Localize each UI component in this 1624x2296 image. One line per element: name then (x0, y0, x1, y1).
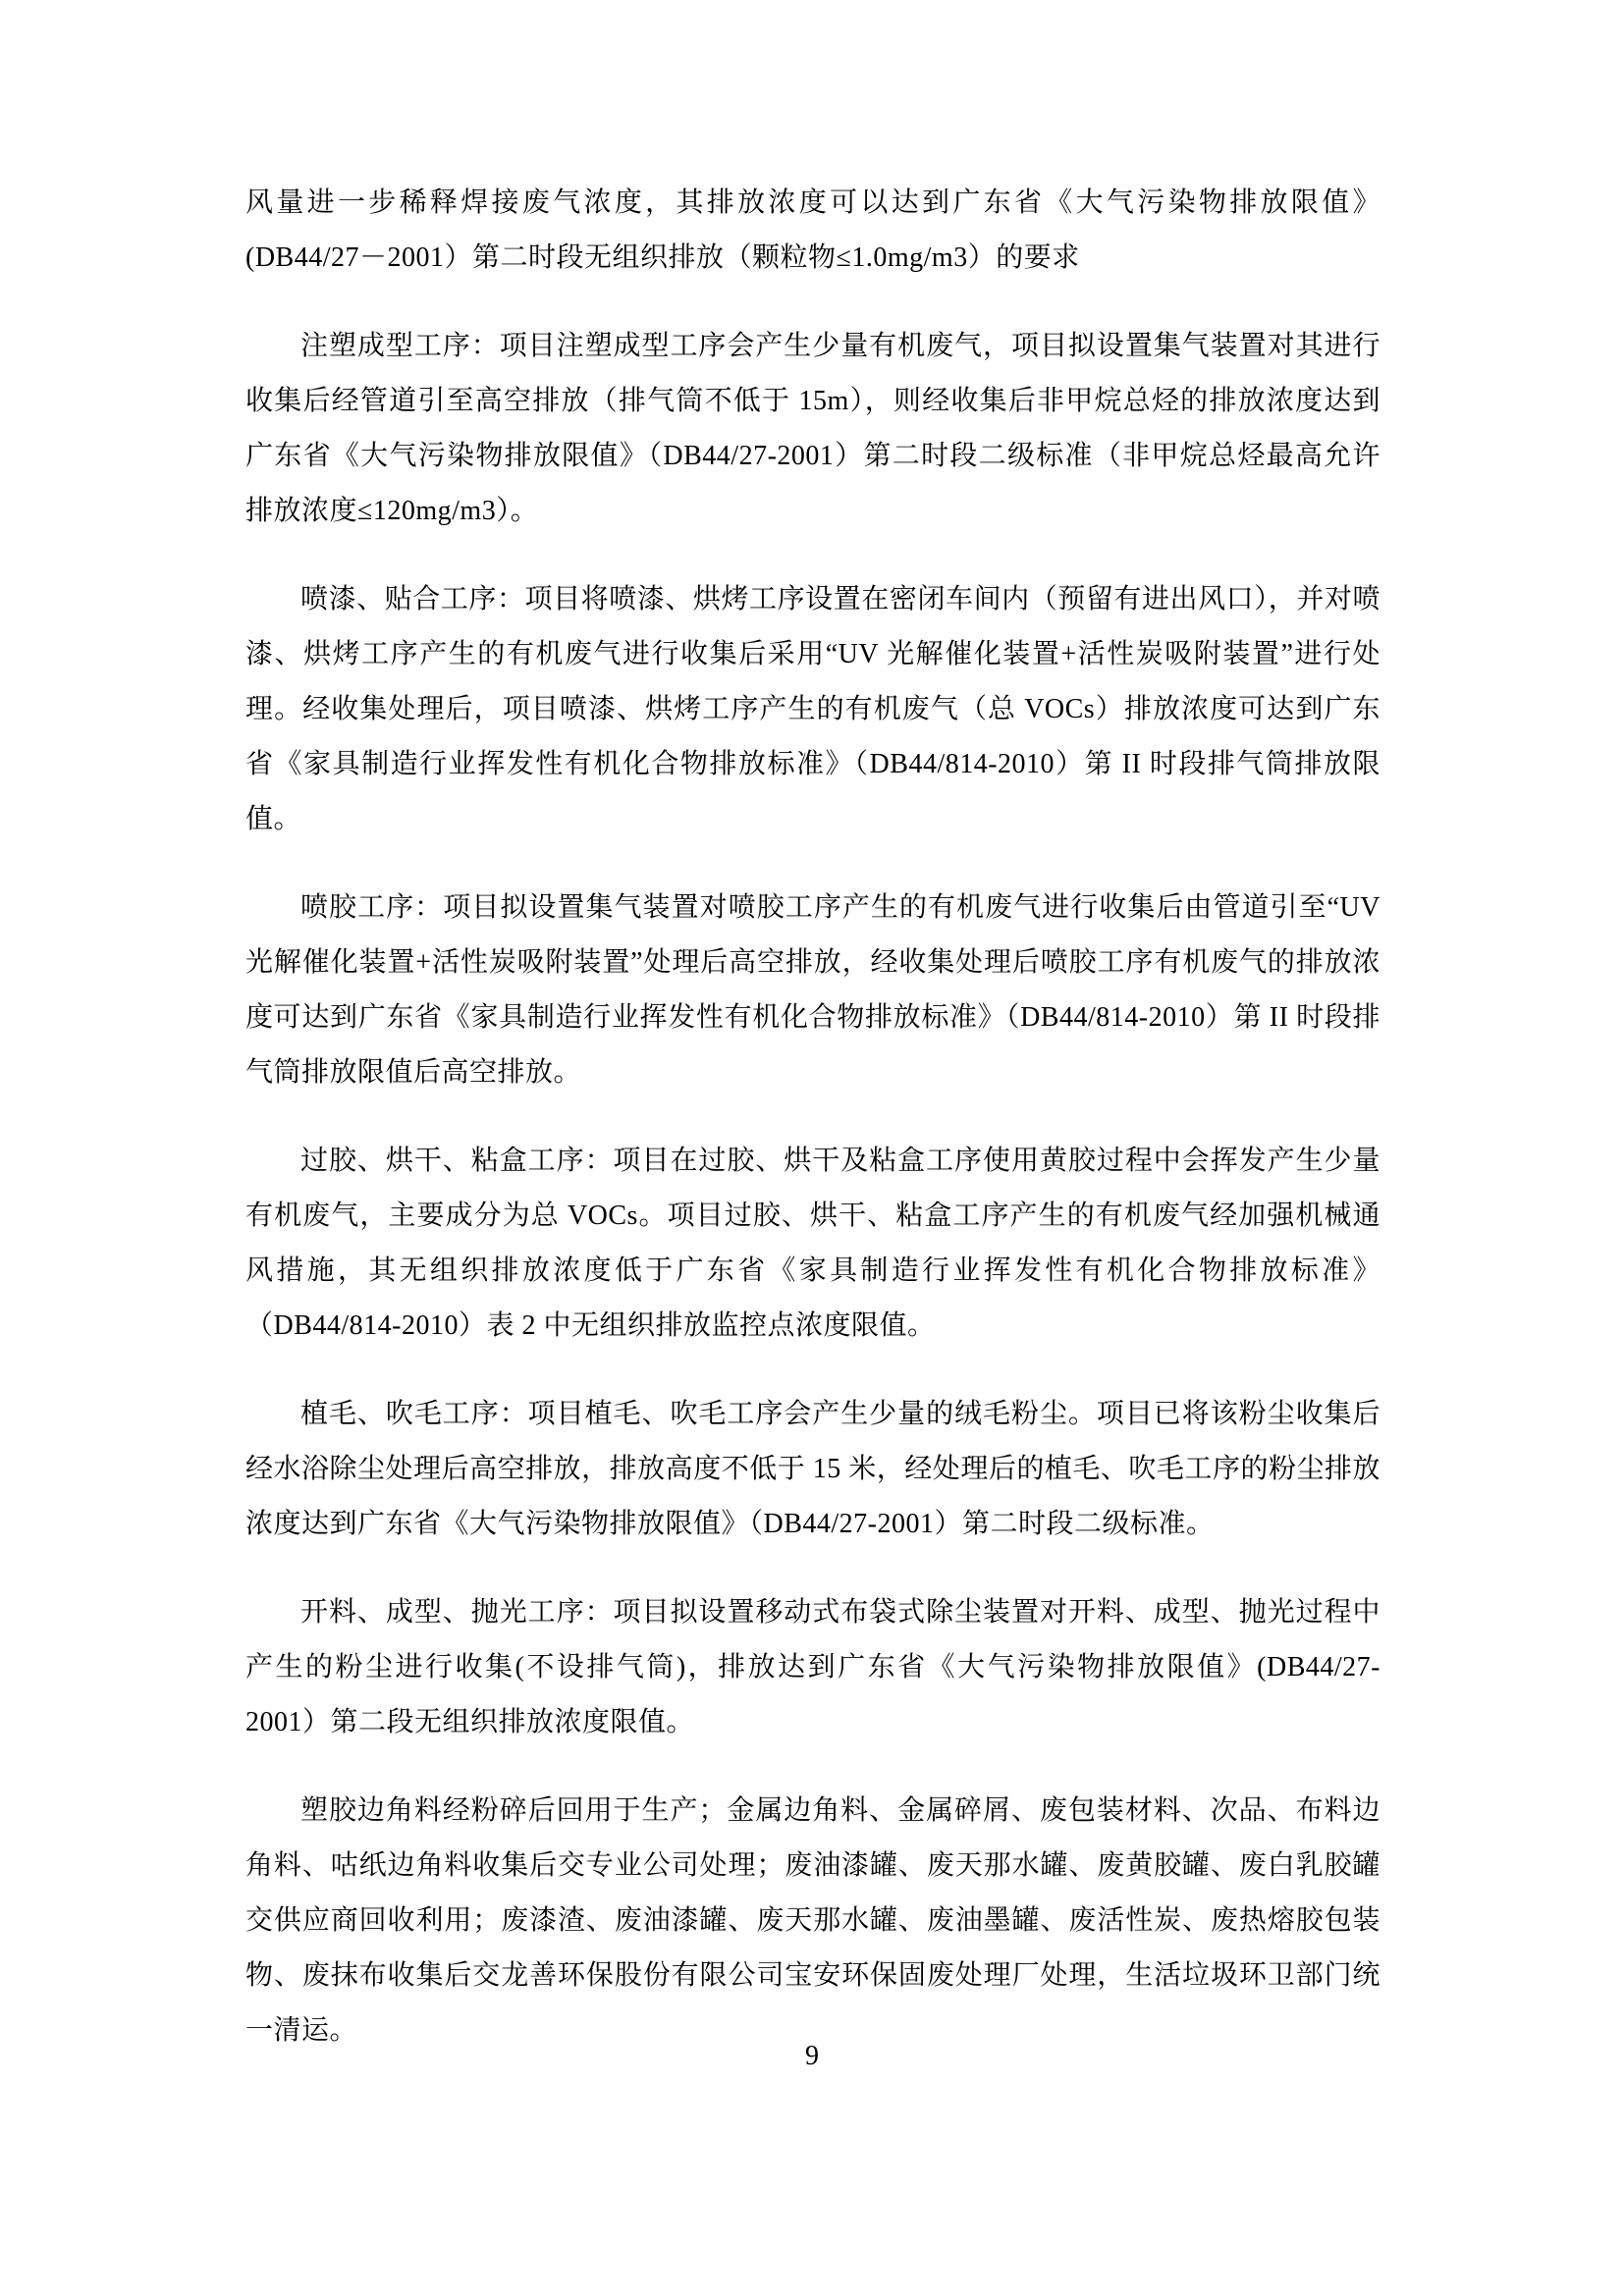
paragraph-8: 塑胶边角料经粉碎后回用于生产；金属边角料、金属碎屑、废包装材料、次品、布料边角料… (245, 1784, 1380, 2058)
paragraph-6: 植毛、吹毛工序：项目植毛、吹毛工序会产生少量的绒毛粉尘。项目已将该粉尘收集后经水… (245, 1387, 1380, 1552)
paragraph-4: 喷胶工序：项目拟设置集气装置对喷胶工序产生的有机废气进行收集后由管道引至“UV … (245, 881, 1380, 1100)
paragraph-2: 注塑成型工序：项目注塑成型工序会产生少量有机废气，项目拟设置集气装置对其进行收集… (245, 319, 1380, 539)
page-number: 9 (0, 2040, 1624, 2073)
paragraph-3: 喷漆、贴合工序：项目将喷漆、烘烤工序设置在密闭车间内（预留有进出风口），并对喷漆… (245, 572, 1380, 847)
paragraph-5: 过胶、烘干、粘盒工序：项目在过胶、烘干及粘盒工序使用黄胶过程中会挥发产生少量有机… (245, 1134, 1380, 1354)
paragraph-7: 开料、成型、抛光工序：项目拟设置移动式布袋式除尘装置对开料、成型、抛光过程中产生… (245, 1585, 1380, 1750)
paragraph-1: 风量进一步稀释焊接废气浓度，其排放浓度可以达到广东省《大气污染物排放限值》(DB… (245, 176, 1380, 286)
document-body: 风量进一步稀释焊接废气浓度，其排放浓度可以达到广东省《大气污染物排放限值》(DB… (245, 176, 1380, 2058)
document-page: 风量进一步稀释焊接废气浓度，其排放浓度可以达到广东省《大气污染物排放限值》(DB… (0, 0, 1624, 2296)
